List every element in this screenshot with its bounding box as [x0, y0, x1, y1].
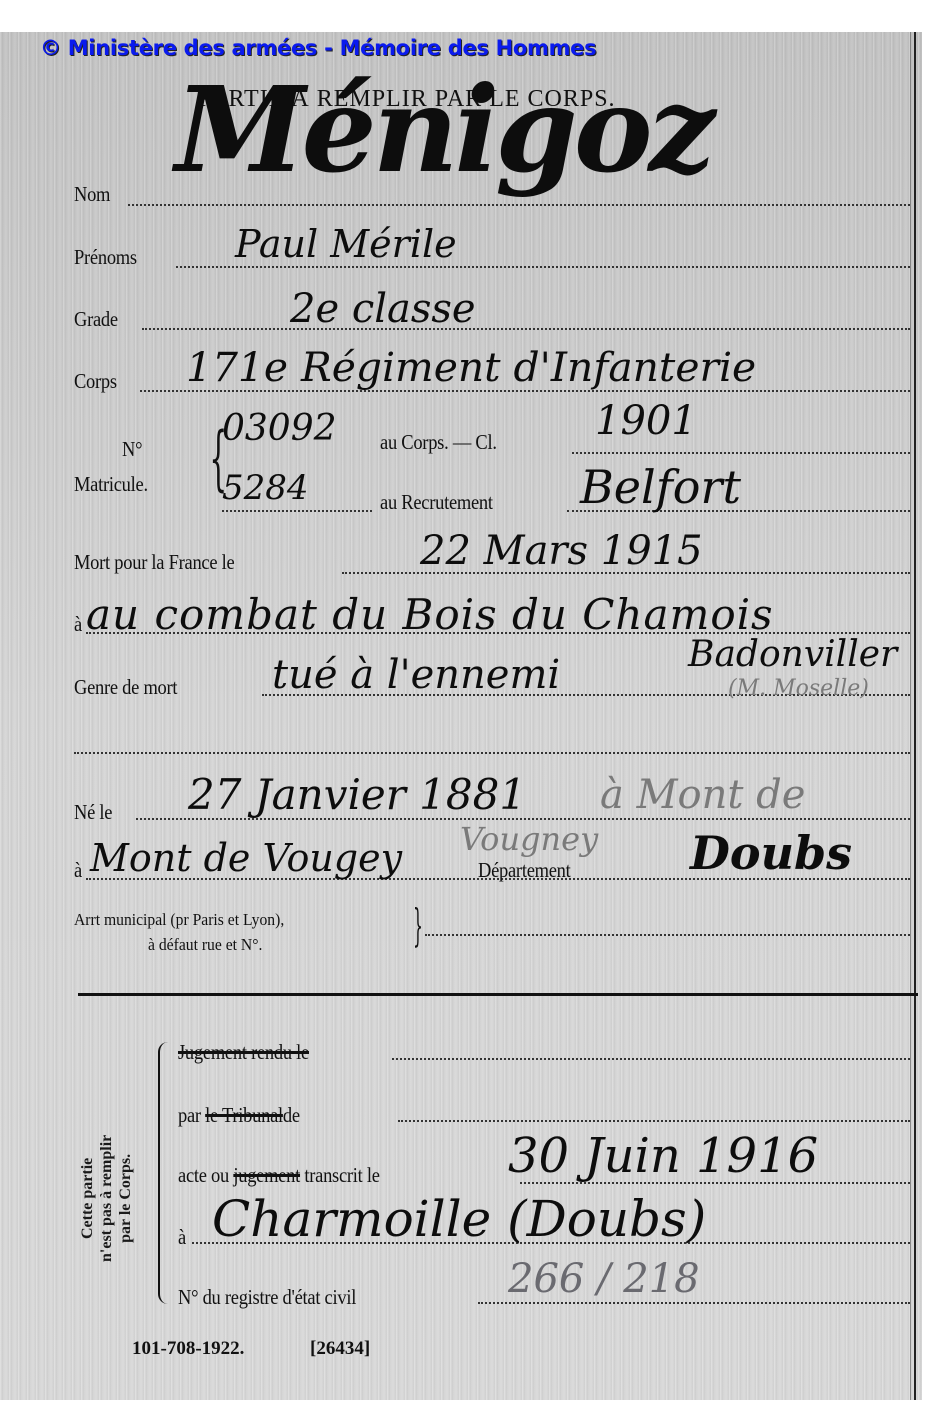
nom-value: Ménigoz: [175, 60, 712, 199]
acte-struck: jugement: [233, 1163, 300, 1187]
classe-value: 1901: [595, 398, 697, 444]
jugement-dotted-line: [392, 1058, 910, 1060]
arrondissement-label-line1: Arrt municipal (pr Paris et Lyon),: [74, 910, 284, 930]
side-note-brace: [158, 1042, 168, 1304]
genre-mort-value: tué à l'ennemi: [272, 652, 560, 698]
departement-label: Département: [478, 858, 571, 883]
section-rule: [78, 993, 918, 996]
footer-ref: [26434]: [310, 1338, 370, 1360]
footer-code: 101-708-1922.: [132, 1338, 244, 1360]
departement-value: Doubs: [690, 826, 852, 880]
ne-le-label: Né le: [74, 800, 112, 825]
grade-dotted-line: [142, 328, 910, 330]
arrondissement-dotted-line: [425, 934, 910, 936]
genre-mort-annotation: (M. Moselle): [728, 676, 869, 701]
matricule-corps-number: 03092: [222, 408, 337, 449]
a-value: Charmoille (Doubs): [212, 1190, 706, 1248]
arrondissement-brace: {: [413, 900, 423, 956]
sheet-border-inner: [910, 32, 911, 1400]
nom-label: Nom: [74, 182, 110, 207]
naissance-lieu: Mont de Vougey: [90, 836, 402, 880]
side-note-line2: n'est pas à remplir: [97, 1135, 116, 1262]
recrutement-value: Belfort: [580, 460, 741, 514]
acte-suffix: transcrit le: [304, 1163, 379, 1187]
side-note: Cette partie n'est pas à remplir par le …: [78, 1135, 135, 1262]
par-dotted-line: [398, 1120, 910, 1122]
mort-lieu-extra: Badonviller: [688, 634, 897, 675]
mort-lieu-prefix: à: [74, 612, 82, 637]
sheet-border: [914, 32, 916, 1400]
matricule-label-no: N°: [122, 437, 142, 462]
genre-mort-label: Genre de mort: [74, 675, 177, 700]
matricule-recrutement-number: 5284: [222, 468, 309, 508]
registre-value: 266 / 218: [508, 1256, 700, 1302]
acte-date: 30 Juin 1916: [508, 1128, 818, 1184]
side-note-line3: par le Corps.: [116, 1135, 135, 1262]
naissance-date: 27 Janvier 1881: [188, 770, 526, 819]
corps-label: Corps: [74, 369, 117, 394]
arrondissement-label-line2: à défaut rue et N°.: [148, 935, 262, 955]
classe-dotted-line: [572, 452, 910, 454]
registre-label: N° du registre d'état civil: [178, 1285, 356, 1310]
mort-date: 22 Mars 1915: [420, 528, 703, 574]
par-label: par le Tribunalde: [178, 1103, 300, 1128]
jugement-label-text: Jugement rendu le: [178, 1040, 309, 1064]
section-separator-dotted: [74, 752, 910, 754]
acte-label: acte ou jugement transcrit le: [178, 1163, 380, 1188]
a-label: à: [178, 1225, 186, 1250]
matricule-label: Matricule.: [74, 472, 148, 497]
au-corps-label: au Corps. — Cl.: [380, 430, 497, 455]
acte-prefix: acte ou: [178, 1163, 229, 1187]
registre-dotted-line: [478, 1302, 910, 1304]
nom-dotted-line: [128, 204, 910, 206]
mort-lieu: au combat du Bois du Chamois: [86, 590, 774, 639]
side-note-line1: Cette partie: [78, 1135, 97, 1262]
mort-label: Mort pour la France le: [74, 550, 234, 575]
par-struck: le Tribunal: [205, 1103, 283, 1127]
au-recrutement-label: au Recrutement: [380, 490, 493, 515]
naissance-lieu-annotation: Vougney: [460, 820, 598, 858]
grade-value: 2e classe: [290, 286, 476, 332]
prenoms-label: Prénoms: [74, 245, 137, 270]
prenoms-dotted-line: [176, 266, 910, 268]
copyright-watermark: © Ministère des armées - Mémoire des Hom…: [40, 36, 596, 60]
jugement-label: Jugement rendu le: [178, 1040, 309, 1065]
par-suffix: de: [283, 1103, 300, 1127]
naissance-lieu-suffix: à Mont de: [600, 772, 805, 818]
prenoms-value: Paul Mérile: [235, 222, 457, 266]
naissance-lieu-prefix: à: [74, 858, 82, 883]
matricule-recrutement-dotted: [222, 510, 372, 512]
grade-label: Grade: [74, 307, 118, 332]
corps-value: 171e Régiment d'Infanterie: [186, 345, 756, 391]
par-prefix: par: [178, 1103, 201, 1127]
